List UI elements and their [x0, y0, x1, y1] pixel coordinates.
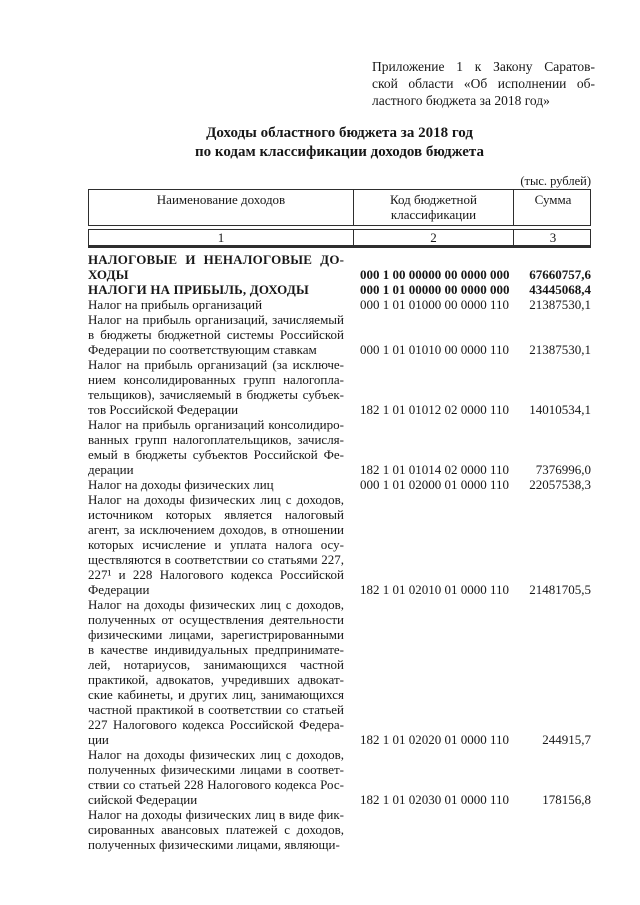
income-name-cell: Налог на доходы физических лиц — [88, 477, 352, 492]
column-index-3: 3 — [513, 230, 592, 245]
document-page: Приложение 1 к Закону Саратов- ской обла… — [0, 0, 640, 905]
page-title-line1: Доходы областного бюджета за 2018 год — [88, 124, 591, 143]
amount-cell: 14010534,1 — [512, 402, 591, 417]
income-name-cell: Налог на прибыль организаций консолидиро… — [88, 417, 352, 477]
income-name-cell: НАЛОГИ НА ПРИБЫЛЬ, ДОХОДЫ — [88, 282, 352, 297]
income-name-cell: Налог на доходы физических лиц с доходов… — [88, 492, 352, 597]
income-name-cell: Налог на доходы физических лиц с доходов… — [88, 597, 352, 747]
amount-cell: 244915,7 — [512, 732, 591, 747]
table-row: Налог на доходы физических лиц в виде фи… — [88, 807, 591, 852]
budget-code-cell: 182 1 01 01014 02 0000 110 — [352, 462, 512, 477]
column-header-name: Наименование доходов — [89, 190, 353, 225]
amount-cell: 7376996,0 — [512, 462, 591, 477]
column-header-sum: Сумма — [513, 190, 592, 225]
amount-cell: 67660757,6 — [512, 267, 591, 282]
appendix-line: Приложение 1 к Закону Саратов- — [372, 58, 595, 75]
table-row: Налог на прибыль организаций (за исключе… — [88, 357, 591, 417]
table-row: Налог на доходы физических лиц 000 1 01 … — [88, 477, 591, 492]
table-row: Налог на доходы физических лиц с доходов… — [88, 492, 591, 597]
income-name-cell: Налог на прибыль организаций (за исключе… — [88, 357, 352, 417]
table-row: Налог на прибыль организаций консолидиро… — [88, 417, 591, 477]
revenues-table: Наименование доходов Код бюджетной класс… — [88, 189, 591, 852]
amount-cell: 22057538,3 — [512, 477, 591, 492]
table-row: НАЛОГОВЫЕ И НЕНАЛОГОВЫЕ ДО­ХОДЫ 000 1 00… — [88, 252, 591, 282]
table-row: Налог на доходы физических лиц с доходов… — [88, 597, 591, 747]
table-column-index-row: 1 2 3 — [88, 229, 591, 248]
budget-code-cell: 000 1 01 01000 00 0000 110 — [352, 297, 512, 312]
budget-code-cell: 000 1 00 00000 00 0000 000 — [352, 267, 512, 282]
table-row: Налог на доходы физических лиц с доходов… — [88, 747, 591, 807]
page-title-line2: по кодам классификации доходов бюджета — [88, 143, 591, 162]
amount-cell: 21481705,5 — [512, 582, 591, 597]
appendix-line: ской области «Об исполнении об- — [372, 75, 595, 92]
amount-cell: 178156,8 — [512, 792, 591, 807]
income-name-cell: Налог на доходы физических лиц в виде фи… — [88, 807, 352, 852]
budget-code-cell: 000 1 01 02000 01 0000 110 — [352, 477, 512, 492]
units-note: (тыс. рублей) — [88, 174, 591, 188]
income-name-cell: Налог на прибыль организаций — [88, 297, 352, 312]
column-header-code: Код бюджетной классификации — [353, 190, 513, 225]
column-index-1: 1 — [89, 230, 353, 245]
table-header-row: Наименование доходов Код бюджетной класс… — [88, 189, 591, 226]
income-name-cell: НАЛОГОВЫЕ И НЕНАЛОГОВЫЕ ДО­ХОДЫ — [88, 252, 352, 282]
income-name-cell: Налог на прибыль организаций, зачисляемы… — [88, 312, 352, 357]
table-body: НАЛОГОВЫЕ И НЕНАЛОГОВЫЕ ДО­ХОДЫ 000 1 00… — [88, 252, 591, 852]
amount-cell: 43445068,4 — [512, 282, 591, 297]
budget-code-cell: 182 1 01 02030 01 0000 110 — [352, 792, 512, 807]
budget-code-cell: 000 1 01 01010 00 0000 110 — [352, 342, 512, 357]
income-name-cell: Налог на доходы физических лиц с доходов… — [88, 747, 352, 807]
table-row: Налог на прибыль организаций 000 1 01 01… — [88, 297, 591, 312]
table-row: Налог на прибыль организаций, зачисляемы… — [88, 312, 591, 357]
column-index-2: 2 — [353, 230, 513, 245]
budget-code-cell: 182 1 01 02010 01 0000 110 — [352, 582, 512, 597]
table-row: НАЛОГИ НА ПРИБЫЛЬ, ДОХОДЫ 000 1 01 00000… — [88, 282, 591, 297]
amount-cell: 21387530,1 — [512, 297, 591, 312]
budget-code-cell: 000 1 01 00000 00 0000 000 — [352, 282, 512, 297]
appendix-note: Приложение 1 к Закону Саратов- ской обла… — [372, 58, 595, 109]
page-title: Доходы областного бюджета за 2018 год по… — [88, 124, 591, 162]
amount-cell: 21387530,1 — [512, 342, 591, 357]
budget-code-cell: 182 1 01 01012 02 0000 110 — [352, 402, 512, 417]
appendix-line: ластного бюджета за 2018 год» — [372, 92, 595, 109]
budget-code-cell: 182 1 01 02020 01 0000 110 — [352, 732, 512, 747]
